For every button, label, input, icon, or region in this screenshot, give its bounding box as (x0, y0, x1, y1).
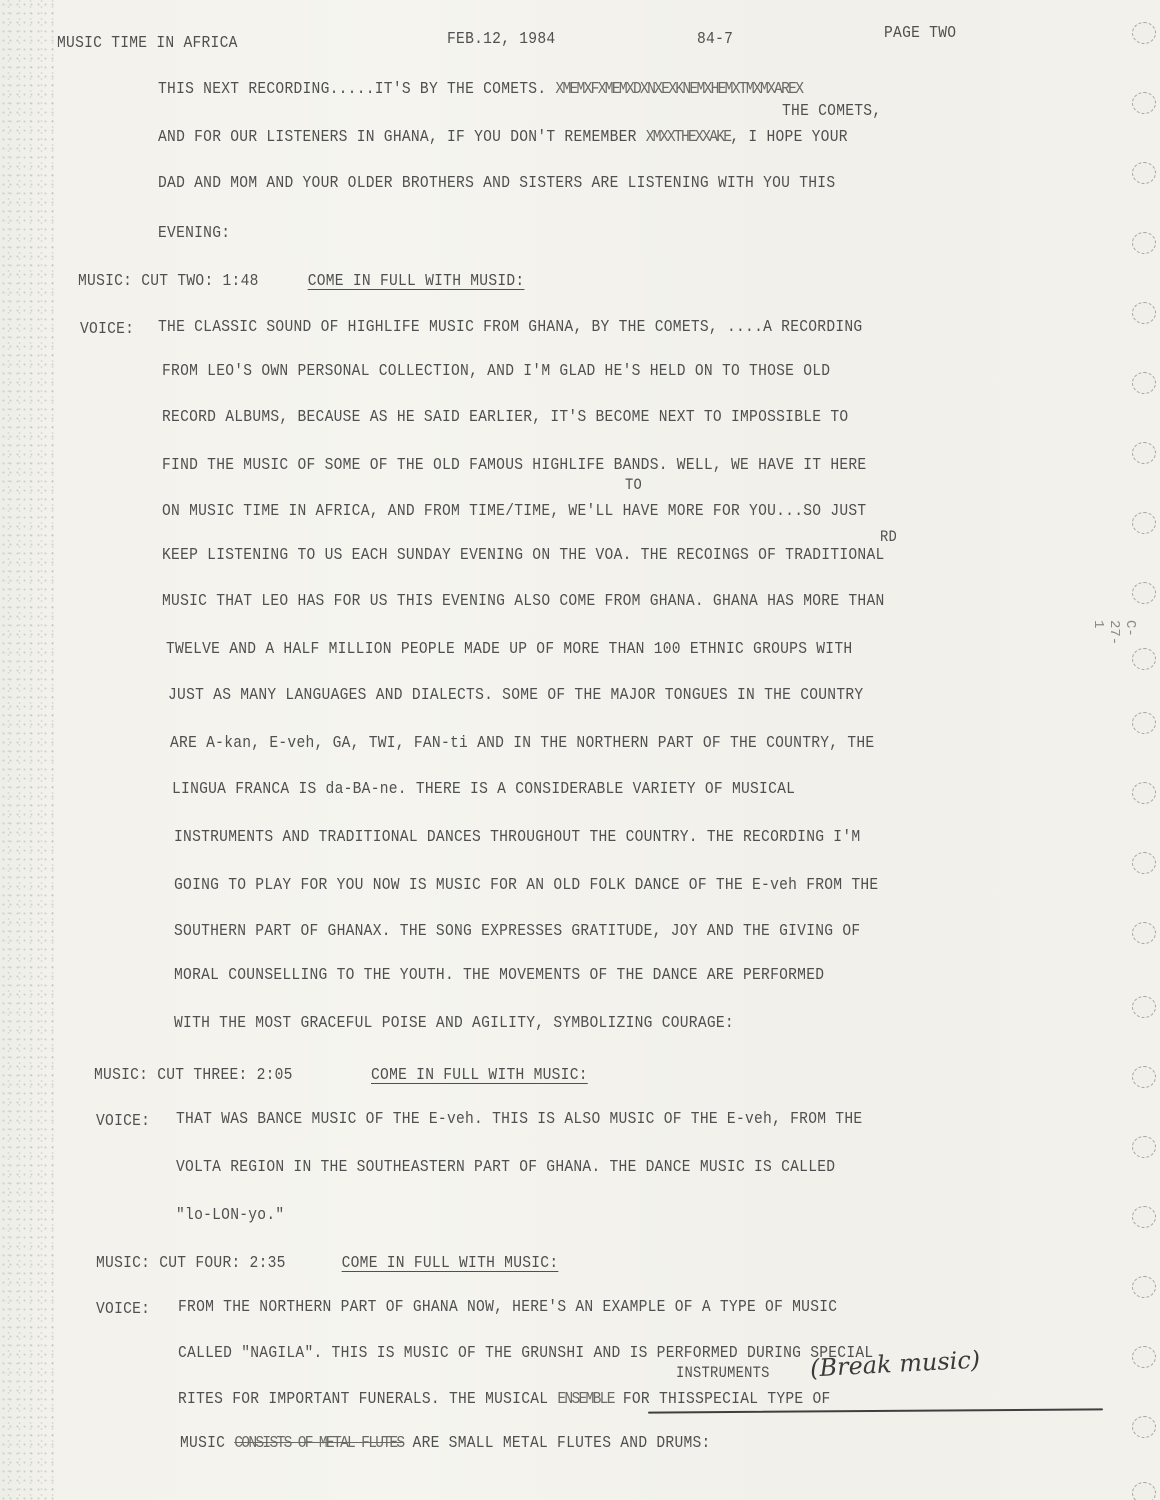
binder-hole (1132, 442, 1156, 464)
binder-hole (1132, 22, 1156, 44)
binder-hole (1132, 232, 1156, 254)
voice3-line: FROM THE NORTHERN PART OF GHANA NOW, HER… (178, 1298, 837, 1317)
cue-label: MUSIC: (96, 1254, 150, 1273)
binder-hole (1132, 582, 1156, 604)
binder-hole (1132, 92, 1156, 114)
voice3-line: MUSIC CONSISTS OF METAL FLUTES ARE SMALL… (180, 1434, 711, 1453)
voice1-line: RECORD ALBUMS, BECAUSE AS HE SAID EARLIE… (162, 408, 848, 427)
voice1-line: INSTRUMENTS AND TRADITIONAL DANCES THROU… (174, 828, 860, 847)
voice1-line: MUSIC THAT LEO HAS FOR US THIS EVENING A… (162, 592, 885, 611)
voice3-line: RITES FOR IMPORTANT FUNERALS. THE MUSICA… (178, 1390, 831, 1409)
voice3-line3-post: FOR THISSPECIAL TYPE OF (623, 1390, 831, 1409)
header-page-number: PAGE TWO (884, 24, 956, 43)
voice1-line: ARE A-kan, E-veh, GA, TWI, FAN-ti AND IN… (170, 734, 874, 753)
binder-hole (1132, 852, 1156, 874)
binder-hole (1132, 648, 1156, 670)
inserted-correction: THE COMETS, (782, 102, 881, 121)
scan-edge-noise (0, 0, 55, 1500)
binder-hole (1132, 996, 1156, 1018)
voice-label: VOICE: (96, 1300, 150, 1319)
voice1-line: GOING TO PLAY FOR YOU NOW IS MUSIC FOR A… (174, 876, 878, 895)
voice3-line4-pre: MUSIC (180, 1434, 225, 1453)
intro-line-1: THIS NEXT RECORDING.....IT'S BY THE COME… (158, 80, 802, 99)
voice2-line: THAT WAS BANCE MUSIC OF THE E-veh. THIS … (176, 1110, 862, 1129)
voice3-line3-pre: RITES FOR IMPORTANT FUNERALS. THE MUSICA… (178, 1390, 548, 1409)
cue-cut-time: CUT FOUR: 2:35 (159, 1254, 285, 1273)
header-episode-number: 84-7 (697, 30, 733, 49)
binder-hole (1132, 1276, 1156, 1298)
voice1-line: WITH THE MOST GRACEFUL POISE AND AGILITY… (174, 1014, 734, 1033)
binder-hole (1132, 372, 1156, 394)
cue-cut-time: CUT THREE: 2:05 (157, 1066, 292, 1085)
struck-out-text: XMEMXFXMEMXDXNXEXKNEMXHEMXTMXMXAREX (555, 80, 802, 99)
cue-instruction: COME IN FULL WITH MUSID: (308, 272, 525, 291)
margin-stamp: C-27-1 (1090, 620, 1138, 645)
intro-line-3: DAD AND MOM AND YOUR OLDER BROTHERS AND … (158, 174, 835, 193)
voice1-line: FROM LEO'S OWN PERSONAL COLLECTION, AND … (162, 362, 830, 381)
handwritten-underline (648, 1408, 1103, 1413)
binder-hole (1132, 1416, 1156, 1438)
intro-line-1-text: THIS NEXT RECORDING.....IT'S BY THE COME… (158, 80, 546, 99)
binder-hole (1132, 162, 1156, 184)
cue-label: MUSIC: (94, 1066, 148, 1085)
voice1-line: FIND THE MUSIC OF SOME OF THE OLD FAMOUS… (162, 456, 866, 475)
struck-out-text: XMXXTHEXXAKE (646, 128, 731, 147)
binder-hole (1132, 1482, 1156, 1500)
struck-out-text: ENSEMBLE (557, 1390, 613, 1409)
music-cue-three: MUSIC: CUT THREE: 2:05 COME IN FULL WITH… (94, 1066, 588, 1085)
binder-hole (1132, 922, 1156, 944)
voice3-line: CALLED "NAGILA". THIS IS MUSIC OF THE GR… (178, 1344, 873, 1363)
binder-hole (1132, 1066, 1156, 1088)
voice1-line: SOUTHERN PART OF GHANAX. THE SONG EXPRES… (174, 922, 860, 941)
intro-line-4: EVENING: (158, 224, 230, 243)
voice-label: VOICE: (80, 320, 134, 339)
binder-hole (1132, 1136, 1156, 1158)
voice1-line: LINGUA FRANCA IS da-BA-ne. THERE IS A CO… (172, 780, 795, 799)
header-date: FEB.12, 1984 (447, 30, 555, 49)
intro-line-2: AND FOR OUR LISTENERS IN GHANA, IF YOU D… (158, 128, 848, 147)
voice1-line: TWELVE AND A HALF MILLION PEOPLE MADE UP… (166, 640, 852, 659)
binder-hole (1132, 1206, 1156, 1228)
binder-hole (1132, 782, 1156, 804)
music-cue-four: MUSIC: CUT FOUR: 2:35 COME IN FULL WITH … (96, 1254, 558, 1273)
voice1-line: THE CLASSIC SOUND OF HIGHLIFE MUSIC FROM… (158, 318, 862, 337)
inserted-correction: TO (625, 476, 642, 494)
cue-cut-time: CUT TWO: 1:48 (141, 272, 258, 291)
intro-line-2-post: , I HOPE YOUR (730, 128, 847, 147)
binder-hole (1132, 302, 1156, 324)
cue-instruction: COME IN FULL WITH MUSIC: (371, 1066, 588, 1085)
music-cue-two: MUSIC: CUT TWO: 1:48 COME IN FULL WITH M… (78, 272, 524, 291)
intro-line-2-pre: AND FOR OUR LISTENERS IN GHANA, IF YOU D… (158, 128, 637, 147)
voice1-line: ON MUSIC TIME IN AFRICA, AND FROM TIME/T… (162, 502, 866, 521)
voice1-line: JUST AS MANY LANGUAGES AND DIALECTS. SOM… (168, 686, 863, 705)
voice-label: VOICE: (96, 1112, 150, 1131)
voice3-line4-post: ARE SMALL METAL FLUTES AND DRUMS: (413, 1434, 711, 1453)
typed-script-page: MUSIC TIME IN AFRICA FEB.12, 1984 84-7 P… (0, 0, 1160, 1500)
voice2-line: VOLTA REGION IN THE SOUTHEASTERN PART OF… (176, 1158, 835, 1177)
inserted-correction: RD (880, 528, 897, 546)
binder-hole (1132, 1346, 1156, 1368)
voice1-line: KEEP LISTENING TO US EACH SUNDAY EVENING… (162, 546, 885, 565)
struck-out-text: CONSISTS OF METAL FLUTES (234, 1434, 403, 1453)
inserted-correction: INSTRUMENTS (676, 1364, 770, 1382)
binder-hole (1132, 512, 1156, 534)
header-program-title: MUSIC TIME IN AFRICA (57, 34, 238, 53)
binder-hole (1132, 712, 1156, 734)
cue-label: MUSIC: (78, 272, 132, 291)
voice2-line: "lo-LON-yo." (176, 1206, 284, 1225)
cue-instruction: COME IN FULL WITH MUSIC: (342, 1254, 559, 1273)
voice1-line: MORAL COUNSELLING TO THE YOUTH. THE MOVE… (174, 966, 824, 985)
